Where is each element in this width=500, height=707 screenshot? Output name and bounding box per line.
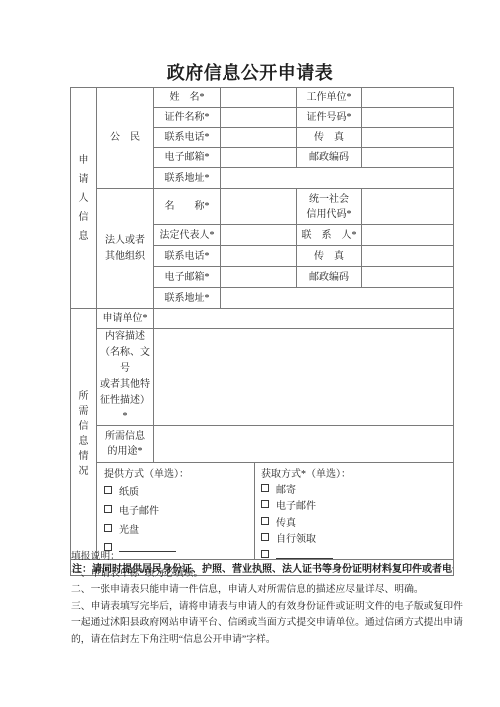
citizen-name-input[interactable] (221, 88, 297, 108)
obtain-method-title: 获取方式*（单选）： (261, 467, 452, 483)
legal-address-input[interactable] (221, 288, 454, 309)
table-row: 内容描述 （名称、文号 或者其他特 征性描述）* (71, 329, 454, 426)
form-title: 政府信息公开申请表 (0, 59, 500, 85)
legal-contact-person-input[interactable] (362, 225, 454, 246)
content-description-input[interactable] (154, 329, 454, 426)
instruction-line: 三、申请表填写完毕后，请将申请表与申请人的有效身份证件或证明文件的电子版或复印件 (71, 599, 476, 616)
info-purpose-label: 所需信息 的用途* (97, 426, 154, 463)
citizen-fax-input[interactable] (362, 128, 454, 148)
legal-representative-label: 法定代表人* (154, 225, 221, 246)
citizen-workunit-label: 工作单位* (297, 88, 362, 108)
method-selection-cell: 提供方式（单选）： 纸质 电子邮件 光盘 (97, 463, 454, 560)
legal-fax-label: 传 真 (297, 246, 362, 267)
citizen-workunit-input[interactable] (362, 88, 454, 108)
citizen-address-input[interactable] (221, 168, 454, 189)
legal-entity-group-label: 法人或者 其他组织 (97, 189, 154, 309)
filling-instructions: 填报说明： 一、申请表中标*项为必填项。 二、一张申请表只能申请一件信息，申请人… (71, 549, 476, 648)
option-label: 电子邮件 (276, 501, 316, 512)
legal-credit-code-label: 统一社会 信用代码* (297, 189, 362, 225)
citizen-cert-number-label: 证件号码* (297, 108, 362, 128)
legal-credit-code-input[interactable] (362, 189, 454, 225)
info-purpose-input[interactable] (154, 426, 454, 463)
checkbox-icon[interactable] (261, 517, 269, 525)
legal-contact-person-label: 联 系 人* (297, 225, 362, 246)
legal-email-label: 电子邮箱* (154, 267, 221, 288)
option-label: 电子邮件 (119, 506, 159, 517)
legal-representative-input[interactable] (221, 225, 297, 246)
checkbox-icon[interactable] (261, 484, 269, 492)
apply-to-unit-label: 申请单位* (97, 309, 154, 329)
option-label: 光盘 (119, 525, 139, 536)
instruction-line: 一、申请表中标*项为必填项。 (71, 566, 476, 583)
legal-name-input[interactable] (221, 189, 297, 225)
checkbox-icon[interactable] (261, 533, 269, 541)
legal-address-label: 联系地址* (154, 288, 221, 309)
citizen-postcode-input[interactable] (362, 148, 454, 168)
obtain-option-self-pickup[interactable]: 自行领取 (261, 532, 452, 548)
citizen-address-label: 联系地址* (154, 168, 221, 189)
citizen-cert-number-input[interactable] (362, 108, 454, 128)
citizen-group-label: 公 民 (97, 88, 154, 189)
citizen-email-input[interactable] (221, 148, 297, 168)
required-info-section-label: 所 需 信 息 情 况 (71, 309, 97, 560)
table-row: 申 请 人 信 息 公 民 姓 名* 工作单位* (71, 88, 454, 108)
citizen-cert-name-label: 证件名称* (154, 108, 221, 128)
applicant-info-section-label: 申 请 人 信 息 (71, 88, 97, 309)
legal-postcode-label: 邮政编码 (297, 267, 362, 288)
citizen-cert-name-input[interactable] (221, 108, 297, 128)
supply-option-email[interactable]: 电子邮件 (104, 502, 254, 521)
legal-fax-input[interactable] (362, 246, 454, 267)
option-label: 传真 (276, 518, 296, 529)
form-page: 政府信息公开申请表 申 请 人 信 息 公 民 姓 名* 工作单位* 证件名称*… (0, 0, 500, 707)
supply-option-cd[interactable]: 光盘 (104, 521, 254, 540)
supply-method-group: 提供方式（单选）： 纸质 电子邮件 光盘 (98, 463, 255, 559)
table-row: 所 需 信 息 情 况 申请单位* (71, 309, 454, 329)
legal-phone-label: 联系电话* (154, 246, 221, 267)
instruction-line: 一起通过沭阳县政府网站申请平台、信函或当面方式提交申请单位。通过信函方式提出申请 (71, 615, 476, 632)
table-row: 所需信息 的用途* (71, 426, 454, 463)
citizen-name-label: 姓 名* (154, 88, 221, 108)
apply-to-unit-input[interactable] (154, 309, 454, 329)
citizen-email-label: 电子邮箱* (154, 148, 221, 168)
obtain-method-group: 获取方式*（单选）： 邮寄 电子邮件 传真 自行领取 (255, 463, 452, 559)
option-label: 自行领取 (276, 534, 316, 545)
obtain-option-email[interactable]: 电子邮件 (261, 499, 452, 515)
legal-postcode-input[interactable] (362, 267, 454, 288)
table-row: 提供方式（单选）： 纸质 电子邮件 光盘 (71, 463, 454, 560)
checkbox-icon[interactable] (104, 486, 112, 494)
table-row: 法人或者 其他组织 名 称* 统一社会 信用代码* (71, 189, 454, 225)
content-description-label: 内容描述 （名称、文号 或者其他特 征性描述）* (97, 329, 154, 426)
checkbox-icon[interactable] (261, 500, 269, 508)
obtain-option-mail[interactable]: 邮寄 (261, 483, 452, 499)
citizen-phone-input[interactable] (221, 128, 297, 148)
instruction-line: 二、一张申请表只能申请一件信息，申请人对所需信息的描述应尽量详尽、明确。 (71, 582, 476, 599)
supply-option-paper[interactable]: 纸质 (104, 483, 254, 502)
instructions-heading: 填报说明： (71, 549, 476, 566)
option-label: 纸质 (119, 487, 139, 498)
application-form-table: 申 请 人 信 息 公 民 姓 名* 工作单位* 证件名称* 证件号码* 联系电… (70, 87, 454, 576)
checkbox-icon[interactable] (104, 505, 112, 513)
instruction-line: 的，请在信封左下角注明“信息公开申请”字样。 (71, 632, 476, 649)
legal-name-label: 名 称* (154, 189, 221, 225)
checkbox-icon[interactable] (104, 524, 112, 532)
citizen-fax-label: 传 真 (297, 128, 362, 148)
citizen-phone-label: 联系电话* (154, 128, 221, 148)
option-label: 邮寄 (276, 485, 296, 496)
supply-method-title: 提供方式（单选）： (104, 467, 254, 483)
obtain-option-fax[interactable]: 传真 (261, 516, 452, 532)
legal-email-input[interactable] (221, 267, 297, 288)
citizen-postcode-label: 邮政编码 (297, 148, 362, 168)
legal-phone-input[interactable] (221, 246, 297, 267)
